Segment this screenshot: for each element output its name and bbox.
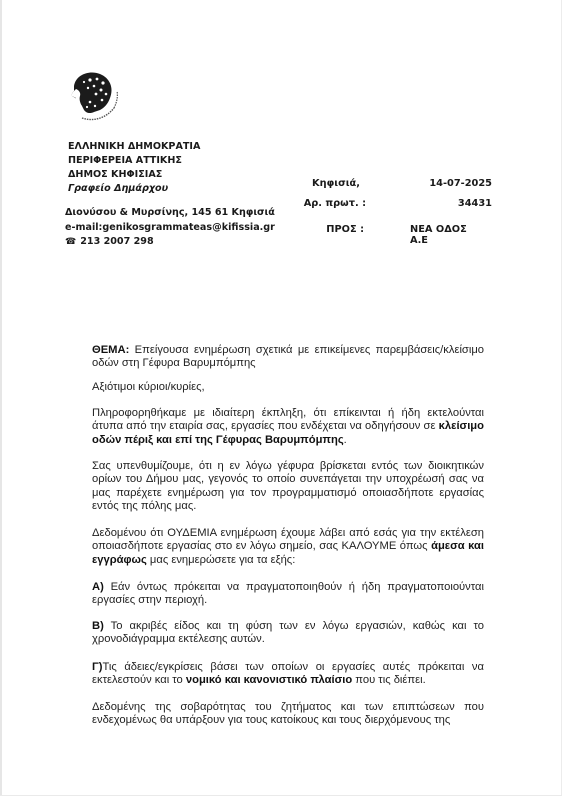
page-edge bbox=[0, 795, 562, 796]
phone-line: ☎213 2007 298 bbox=[65, 235, 275, 250]
protocol-label: Αρ. πρωτ. : bbox=[266, 198, 366, 209]
item-text: Το ακριβές είδος και τη φύση των εν λόγω… bbox=[92, 620, 484, 645]
item-b: Β) Το ακριβές είδος και τη φύση των εν λ… bbox=[92, 620, 484, 647]
item-label: Α) bbox=[92, 581, 104, 593]
contact-block: Διονύσου & Μυρσίνης, 145 61 Κηφισιά e-ma… bbox=[65, 206, 275, 250]
paragraph-text: μας ενημερώσετε για τα εξής: bbox=[147, 554, 295, 566]
item-a: Α) Εάν όντως πρόκειται να πραγματοποιηθο… bbox=[92, 581, 484, 608]
phone-icon: ☎ bbox=[65, 237, 76, 247]
email: e-mail:genikosgrammateas@kifissia.gr bbox=[65, 221, 275, 236]
recipient-label: ΠΡΟΣ : bbox=[264, 224, 364, 235]
municipality-seal-icon bbox=[60, 66, 122, 128]
item-text: που τις διέπει. bbox=[352, 674, 426, 686]
protocol-number: 34431 bbox=[372, 198, 492, 209]
salutation: Αξιότιμοι κύριοι/κυρίες, bbox=[92, 381, 484, 394]
paragraph-1: Πληροφορηθήκαμε με ιδιαίτερη έκπληξη, ότ… bbox=[92, 407, 484, 447]
place-label: Κηφισιά, bbox=[260, 178, 360, 189]
subject: ΘΕΜΑ: Επείγουσα ενημέρωση σχετικά με επι… bbox=[92, 344, 484, 371]
org-line-region: ΠΕΡΙΦΕΡΕΙΑ ΑΤΤΙΚΗΣ bbox=[68, 154, 200, 168]
emphasis-text: νομικό και κανονιστικό πλαίσιο bbox=[186, 674, 352, 686]
phone-number: 213 2007 298 bbox=[80, 236, 153, 247]
paragraph-text: Δεδομένου ότι ΟΥΔΕΜΙΑ ενημέρωση έχουμε λ… bbox=[92, 527, 484, 552]
page-edge bbox=[561, 0, 562, 796]
subject-text: Επείγουσα ενημέρωση σχετικά με επικείμεν… bbox=[92, 344, 484, 369]
item-c: Γ)Τις άδειες/εγκρίσεις βάσει των οποίων … bbox=[92, 661, 484, 688]
paragraph-2: Σας υπενθυμίζουμε, ότι η εν λόγω γέφυρα … bbox=[92, 460, 484, 514]
paragraph-text: . bbox=[344, 434, 347, 446]
org-line-republic: ΕΛΛΗΝΙΚΗ ΔΗΜΟΚΡΑΤΙΑ bbox=[68, 140, 200, 154]
org-office: Γραφείο Δημάρχου bbox=[68, 182, 200, 196]
org-line-municipality: ΔΗΜΟΣ ΚΗΦΙΣΙΑΣ bbox=[68, 168, 200, 182]
letter-date: 14-07-2025 bbox=[372, 178, 492, 189]
paragraph-3: Δεδομένου ότι ΟΥΔΕΜΙΑ ενημέρωση έχουμε λ… bbox=[92, 527, 484, 567]
organization-header: ΕΛΛΗΝΙΚΗ ΔΗΜΟΚΡΑΤΙΑ ΠΕΡΙΦΕΡΕΙΑ ΑΤΤΙΚΗΣ Δ… bbox=[68, 140, 200, 196]
paragraph-text: Πληροφορηθήκαμε με ιδιαίτερη έκπληξη, ότ… bbox=[92, 407, 484, 432]
address: Διονύσου & Μυρσίνης, 145 61 Κηφισιά bbox=[65, 206, 275, 221]
item-text: Εάν όντως πρόκειται να πραγματοποιηθούν … bbox=[92, 581, 484, 606]
subject-label: ΘΕΜΑ: bbox=[92, 344, 129, 356]
page-edge bbox=[0, 0, 2, 796]
item-label: Γ) bbox=[92, 661, 102, 673]
item-label: Β) bbox=[92, 620, 104, 632]
recipient: ΝΕΑ ΟΔΟΣ Α.Ε bbox=[366, 224, 486, 246]
paragraph-4: Δεδομένης της σοβαρότητας του ζητήματος … bbox=[92, 701, 484, 728]
